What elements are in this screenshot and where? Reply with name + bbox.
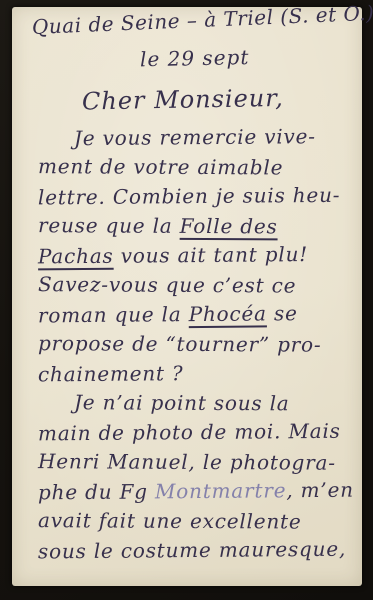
- letter-line: phe du Fg Montmartre, m’en: [38, 476, 362, 508]
- letter-photograph: Quai de Seine – à Triel (S. et O.) le 29…: [0, 0, 373, 600]
- salutation: Cher Monsieur,: [82, 83, 362, 116]
- letter-line: sous le costume mauresque,: [38, 535, 362, 567]
- letter-text: propose de “tourner” pro-: [38, 331, 322, 356]
- letter-line: Je vous remercie vive-: [74, 122, 362, 154]
- faded-ink-text: Montmartre: [155, 478, 287, 503]
- letter-text: ment de votre aimable: [38, 154, 283, 179]
- letter-line: avait fait une excellente: [38, 506, 362, 537]
- letter-text: phe du Fg: [38, 479, 155, 504]
- address-line: Quai de Seine – à Triel (S. et O.): [31, 2, 354, 39]
- letter-line: Pachas vous ait tant plu!: [38, 240, 362, 272]
- letter-line: ment de votre aimable: [38, 152, 362, 183]
- letter-line: Henri Manuel, le photogra-: [38, 447, 362, 478]
- letter-body: Je vous remercie vive-ment de votre aima…: [12, 123, 362, 566]
- letter-line: main de photo de moi. Mais: [38, 417, 362, 449]
- letter-text: roman que la: [38, 302, 189, 327]
- letter-line: lettre. Combien je suis heu-: [38, 181, 362, 213]
- letter-text: avait fait une excellente: [38, 508, 302, 533]
- letter-text: Henri Manuel, le photogra-: [38, 449, 336, 475]
- letter-text: vous ait tant plu!: [113, 242, 308, 268]
- handwritten-letter: Quai de Seine – à Triel (S. et O.) le 29…: [12, 7, 362, 586]
- letter-line: Je n’ai point sous la: [74, 388, 362, 419]
- letter-line: roman que la Phocéa se: [38, 299, 362, 331]
- letter-text: lettre. Combien je suis heu-: [38, 183, 341, 210]
- letter-text: chainement ?: [38, 361, 184, 386]
- letter-text: Je vous remercie vive-: [74, 124, 316, 150]
- date-line: le 29 sept: [140, 43, 362, 72]
- letter-text: main de photo de moi. Mais: [38, 419, 341, 446]
- letter-text: , m’en: [286, 478, 354, 503]
- letter-text: sous le costume mauresque,: [38, 537, 346, 564]
- letter-line: chainement ?: [38, 358, 362, 390]
- letter-paper: Quai de Seine – à Triel (S. et O.) le 29…: [12, 7, 362, 586]
- underlined-title: Pachas: [38, 244, 114, 269]
- underlined-title: Phocéa: [189, 301, 267, 326]
- letter-line: Savez-vous que c’est ce: [38, 270, 362, 301]
- letter-text: Savez-vous que c’est ce: [38, 272, 296, 297]
- letter-text: Je n’ai point sous la: [74, 390, 290, 415]
- letter-text: se: [267, 301, 298, 325]
- letter-line: propose de “tourner” pro-: [38, 329, 362, 360]
- letter-line: reuse que la Folle des: [38, 211, 362, 242]
- letter-text: reuse que la: [38, 213, 180, 238]
- underlined-title: Folle des: [180, 213, 278, 238]
